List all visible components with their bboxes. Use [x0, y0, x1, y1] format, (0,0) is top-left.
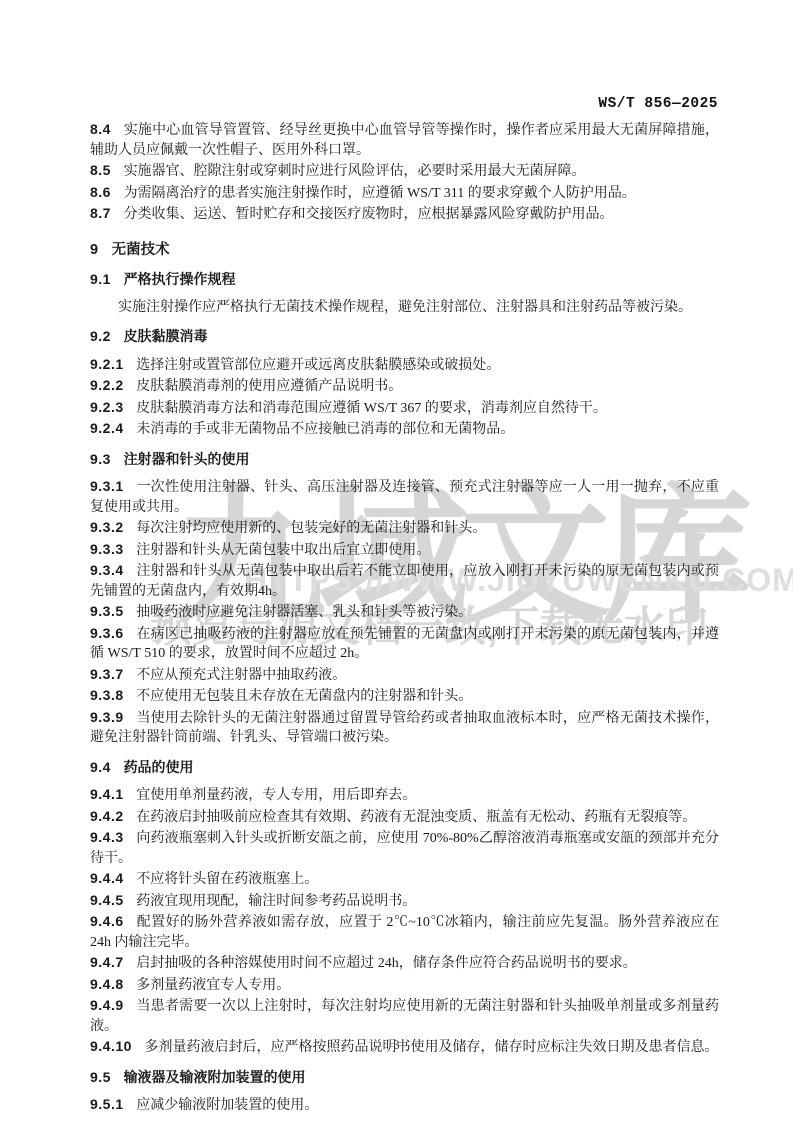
clause-text: 注射器和针头从无菌包装中取出后若不能立即使用，应放入刚打开未污染的原无菌包装内或…: [90, 564, 719, 599]
clause-number: 9.1: [90, 271, 111, 287]
clause-text: 未消毒的手或非无菌物品不应接触已消毒的部位和无菌物品。: [136, 422, 514, 437]
clause-9.2.3: 9.2.3皮肤黏膜消毒方法和消毒范围应遵循 WS/T 367 的要求，消毒剂应自…: [90, 398, 719, 419]
clause-text: 皮肤黏膜消毒: [124, 328, 208, 344]
document-page: 九域文库 HTTPS://WWW.JIUYUWENKU.COM 预览与源文档一致…: [0, 0, 793, 1122]
clause-9.4.4: 9.4.4不应将针头留在药液瓶塞上。: [90, 869, 719, 890]
clause-text: 一次性使用注射器、针头、高压注射器及连接管、预充式注射器等应一人一用一抛弃，不应…: [90, 480, 719, 515]
clause-9.4.3: 9.4.3向药液瓶塞刺入针头或折断安瓿之前，应使用 70%-80%乙醇溶液消毒瓶…: [90, 828, 719, 868]
clause-number: 9.2.1: [90, 356, 124, 372]
clause-number: 9.3.2: [90, 519, 124, 535]
clause-text: 在药液启封抽吸前应检查其有效期、药液有无混浊变质、瓶盖有无松动、药瓶有无裂痕等。: [136, 810, 696, 825]
subsection-heading-9.1: 9.1严格执行操作规程: [90, 270, 719, 290]
subsection-heading-9.3: 9.3注射器和针头的使用: [90, 450, 719, 470]
clause-number: 9.3.6: [90, 625, 124, 641]
document-body: 8.4实施中心血管导管置管、经导丝更换中心血管导管等操作时，操作者应采用最大无菌…: [90, 119, 719, 1117]
clause-text: 选择注射或置管部位应避开或远离皮肤黏膜感染或破损处。: [136, 358, 500, 373]
clause-text: 输液器及输液附加装置的使用: [124, 1069, 306, 1085]
clause-number: 9.4.8: [90, 976, 124, 992]
clause-text: 皮肤黏膜消毒剂的使用应遵循产品说明书。: [136, 379, 402, 394]
clause-text: 不应使用无包装且未存放在无菌盘内的注射器和针头。: [136, 689, 472, 704]
clause-9.4.5: 9.4.5药液宜现用现配，输注时间参考药品说明书。: [90, 891, 719, 912]
clause-text: 当使用去除针头的无菌注射器通过留置导管给药或者抽取血液标本时，应严格无菌技术操作…: [90, 711, 719, 746]
clause-number: 8.6: [90, 184, 111, 200]
clause-number: 8.4: [90, 121, 111, 137]
clause-number: 8.7: [90, 205, 111, 221]
body-paragraph: 实施注射操作应严格执行无菌技术操作规程，避免注射部位、注射器具和注射药品等被污染…: [90, 298, 719, 318]
standard-code-header: WS/T 856—2025: [0, 96, 718, 112]
clause-8.5: 8.5实施器官、腔隙注射或穿刺时应进行风险评估，必要时采用最大无菌屏障。: [90, 161, 719, 182]
clause-text: 实施中心血管导管置管、经导丝更换中心血管导管等操作时，操作者应采用最大无菌屏障措…: [90, 123, 719, 158]
clause-number: 8.5: [90, 162, 111, 178]
clause-number: 9.3.5: [90, 603, 124, 619]
clause-number: 9.4.7: [90, 954, 124, 970]
clause-9.3.4: 9.3.4注射器和针头从无菌包装中取出后若不能立即使用，应放入刚打开未污染的原无…: [90, 561, 719, 601]
clause-text: 不应从预充式注射器中抽取药液。: [136, 668, 346, 683]
clause-text: 皮肤黏膜消毒方法和消毒范围应遵循 WS/T 367 的要求，消毒剂应自然待干。: [136, 401, 607, 416]
clause-text: 药品的使用: [124, 759, 194, 775]
clause-number: 9.4.2: [90, 808, 124, 824]
clause-9.3.7: 9.3.7不应从预充式注射器中抽取药液。: [90, 665, 719, 686]
clause-8.7: 8.7分类收集、运送、暂时贮存和交接医疗废物时，应根据暴露风险穿戴防护用品。: [90, 204, 719, 225]
clause-text: 在病区已抽吸药液的注射器应放在预先铺置的无菌盘内或刚打开未污染的原无菌包装内，并…: [90, 627, 719, 662]
clause-9.3.1: 9.3.1一次性使用注射器、针头、高压注射器及连接管、预充式注射器等应一人一用一…: [90, 477, 719, 517]
clause-number: 9.4.1: [90, 786, 124, 802]
clause-number: 9.4.9: [90, 997, 124, 1013]
clause-number: 9.2: [90, 328, 111, 344]
clause-9.2.2: 9.2.2皮肤黏膜消毒剂的使用应遵循产品说明书。: [90, 376, 719, 397]
clause-9.3.9: 9.3.9当使用去除针头的无菌注射器通过留置导管给药或者抽取血液标本时，应严格无…: [90, 708, 719, 748]
clause-8.4: 8.4实施中心血管导管置管、经导丝更换中心血管导管等操作时，操作者应采用最大无菌…: [90, 120, 719, 160]
clause-number: 9.3.9: [90, 709, 124, 725]
clause-text: 配置好的肠外营养液如需存放，应置于 2℃~10℃冰箱内，输注前应先复温。肠外营养…: [90, 915, 719, 950]
clause-9.5.1: 9.5.1应减少输液附加装置的使用。: [90, 1095, 719, 1116]
clause-number: 9.4: [90, 759, 111, 775]
subsection-heading-9.5: 9.5输液器及输液附加装置的使用: [90, 1068, 719, 1088]
page-number: 3: [0, 1038, 793, 1053]
clause-text: 应减少输液附加装置的使用。: [136, 1098, 318, 1113]
clause-9.4.8: 9.4.8多剂量药液宜专人专用。: [90, 975, 719, 996]
clause-9.3.5: 9.3.5抽吸药液时应避免注射器活塞、乳头和针头等被污染。: [90, 602, 719, 623]
clause-text: 分类收集、运送、暂时贮存和交接医疗废物时，应根据暴露风险穿戴防护用品。: [124, 207, 614, 222]
clause-text: 多剂量药液宜专人专用。: [136, 978, 290, 993]
clause-9.3.2: 9.3.2每次注射均应使用新的、包装完好的无菌注射器和针头。: [90, 518, 719, 539]
subsection-heading-9.2: 9.2皮肤黏膜消毒: [90, 327, 719, 347]
clause-9.3.3: 9.3.3注射器和针头从无菌包装中取出后宜立即使用。: [90, 540, 719, 561]
clause-number: 9.4.6: [90, 913, 124, 929]
clause-text: 不应将针头留在药液瓶塞上。: [136, 872, 318, 887]
clause-number: 9.5: [90, 1069, 111, 1085]
clause-number: 9: [90, 242, 99, 258]
clause-number: 9.4.3: [90, 829, 124, 845]
clause-number: 9.3.8: [90, 687, 124, 703]
clause-text: 抽吸药液时应避免注射器活塞、乳头和针头等被污染。: [136, 605, 472, 620]
clause-9.4.7: 9.4.7启封抽吸的各种溶媒使用时间不应超过 24h，储存条件应符合药品说明书的…: [90, 953, 719, 974]
clause-text: 实施器官、腔隙注射或穿刺时应进行风险评估，必要时采用最大无菌屏障。: [124, 164, 586, 179]
clause-number: 9.4.5: [90, 892, 124, 908]
clause-9.4.6: 9.4.6配置好的肠外营养液如需存放，应置于 2℃~10℃冰箱内，输注前应先复温…: [90, 912, 719, 952]
clause-text: 无菌技术: [112, 242, 170, 258]
clause-number: 9.2.2: [90, 377, 124, 393]
clause-text: 向药液瓶塞刺入针头或折断安瓿之前，应使用 70%-80%乙醇溶液消毒瓶塞或安瓿的…: [90, 831, 719, 866]
clause-9.3.6: 9.3.6在病区已抽吸药液的注射器应放在预先铺置的无菌盘内或刚打开未污染的原无菌…: [90, 624, 719, 664]
clause-text: 注射器和针头从无菌包装中取出后宜立即使用。: [136, 543, 430, 558]
clause-text: 当患者需要一次以上注射时，每次注射均应使用新的无菌注射器和针头抽吸单剂量或多剂量…: [90, 999, 719, 1034]
clause-number: 9.5.1: [90, 1096, 124, 1112]
clause-text: 严格执行操作规程: [124, 271, 236, 287]
clause-number: 9.4.4: [90, 870, 124, 886]
clause-text: 启封抽吸的各种溶媒使用时间不应超过 24h，储存条件应符合药品说明书的要求。: [136, 956, 637, 971]
clause-text: 注射器和针头的使用: [124, 451, 250, 467]
clause-8.6: 8.6为需隔离治疗的患者实施注射操作时，应遵循 WS/T 311 的要求穿戴个人…: [90, 183, 719, 204]
clause-number: 9.2.4: [90, 420, 124, 436]
clause-9.4.1: 9.4.1宜使用单剂量药液，专人专用，用后即弃去。: [90, 785, 719, 806]
clause-text: 为需隔离治疗的患者实施注射操作时，应遵循 WS/T 311 的要求穿戴个人防护用…: [124, 186, 636, 201]
clause-number: 9.2.3: [90, 399, 124, 415]
clause-text: 药液宜现用现配，输注时间参考药品说明书。: [136, 894, 416, 909]
clause-number: 9.3.1: [90, 478, 124, 494]
clause-number: 9.3: [90, 451, 111, 467]
subsection-heading-9.4: 9.4药品的使用: [90, 758, 719, 778]
clause-9.4.2: 9.4.2在药液启封抽吸前应检查其有效期、药液有无混浊变质、瓶盖有无松动、药瓶有…: [90, 807, 719, 828]
section-heading-9: 9无菌技术: [90, 241, 719, 261]
clause-text: 宜使用单剂量药液，专人专用，用后即弃去。: [136, 788, 416, 803]
clause-9.4.9: 9.4.9当患者需要一次以上注射时，每次注射均应使用新的无菌注射器和针头抽吸单剂…: [90, 996, 719, 1036]
clause-number: 9.3.3: [90, 541, 124, 557]
clause-9.2.4: 9.2.4未消毒的手或非无菌物品不应接触已消毒的部位和无菌物品。: [90, 419, 719, 440]
clause-number: 9.3.7: [90, 666, 124, 682]
clause-9.2.1: 9.2.1选择注射或置管部位应避开或远离皮肤黏膜感染或破损处。: [90, 355, 719, 376]
clause-text: 每次注射均应使用新的、包装完好的无菌注射器和针头。: [136, 521, 486, 536]
clause-text: 实施注射操作应严格执行无菌技术操作规程，避免注射部位、注射器具和注射药品等被污染…: [118, 300, 692, 315]
clause-number: 9.3.4: [90, 562, 124, 578]
clause-9.3.8: 9.3.8不应使用无包装且未存放在无菌盘内的注射器和针头。: [90, 686, 719, 707]
